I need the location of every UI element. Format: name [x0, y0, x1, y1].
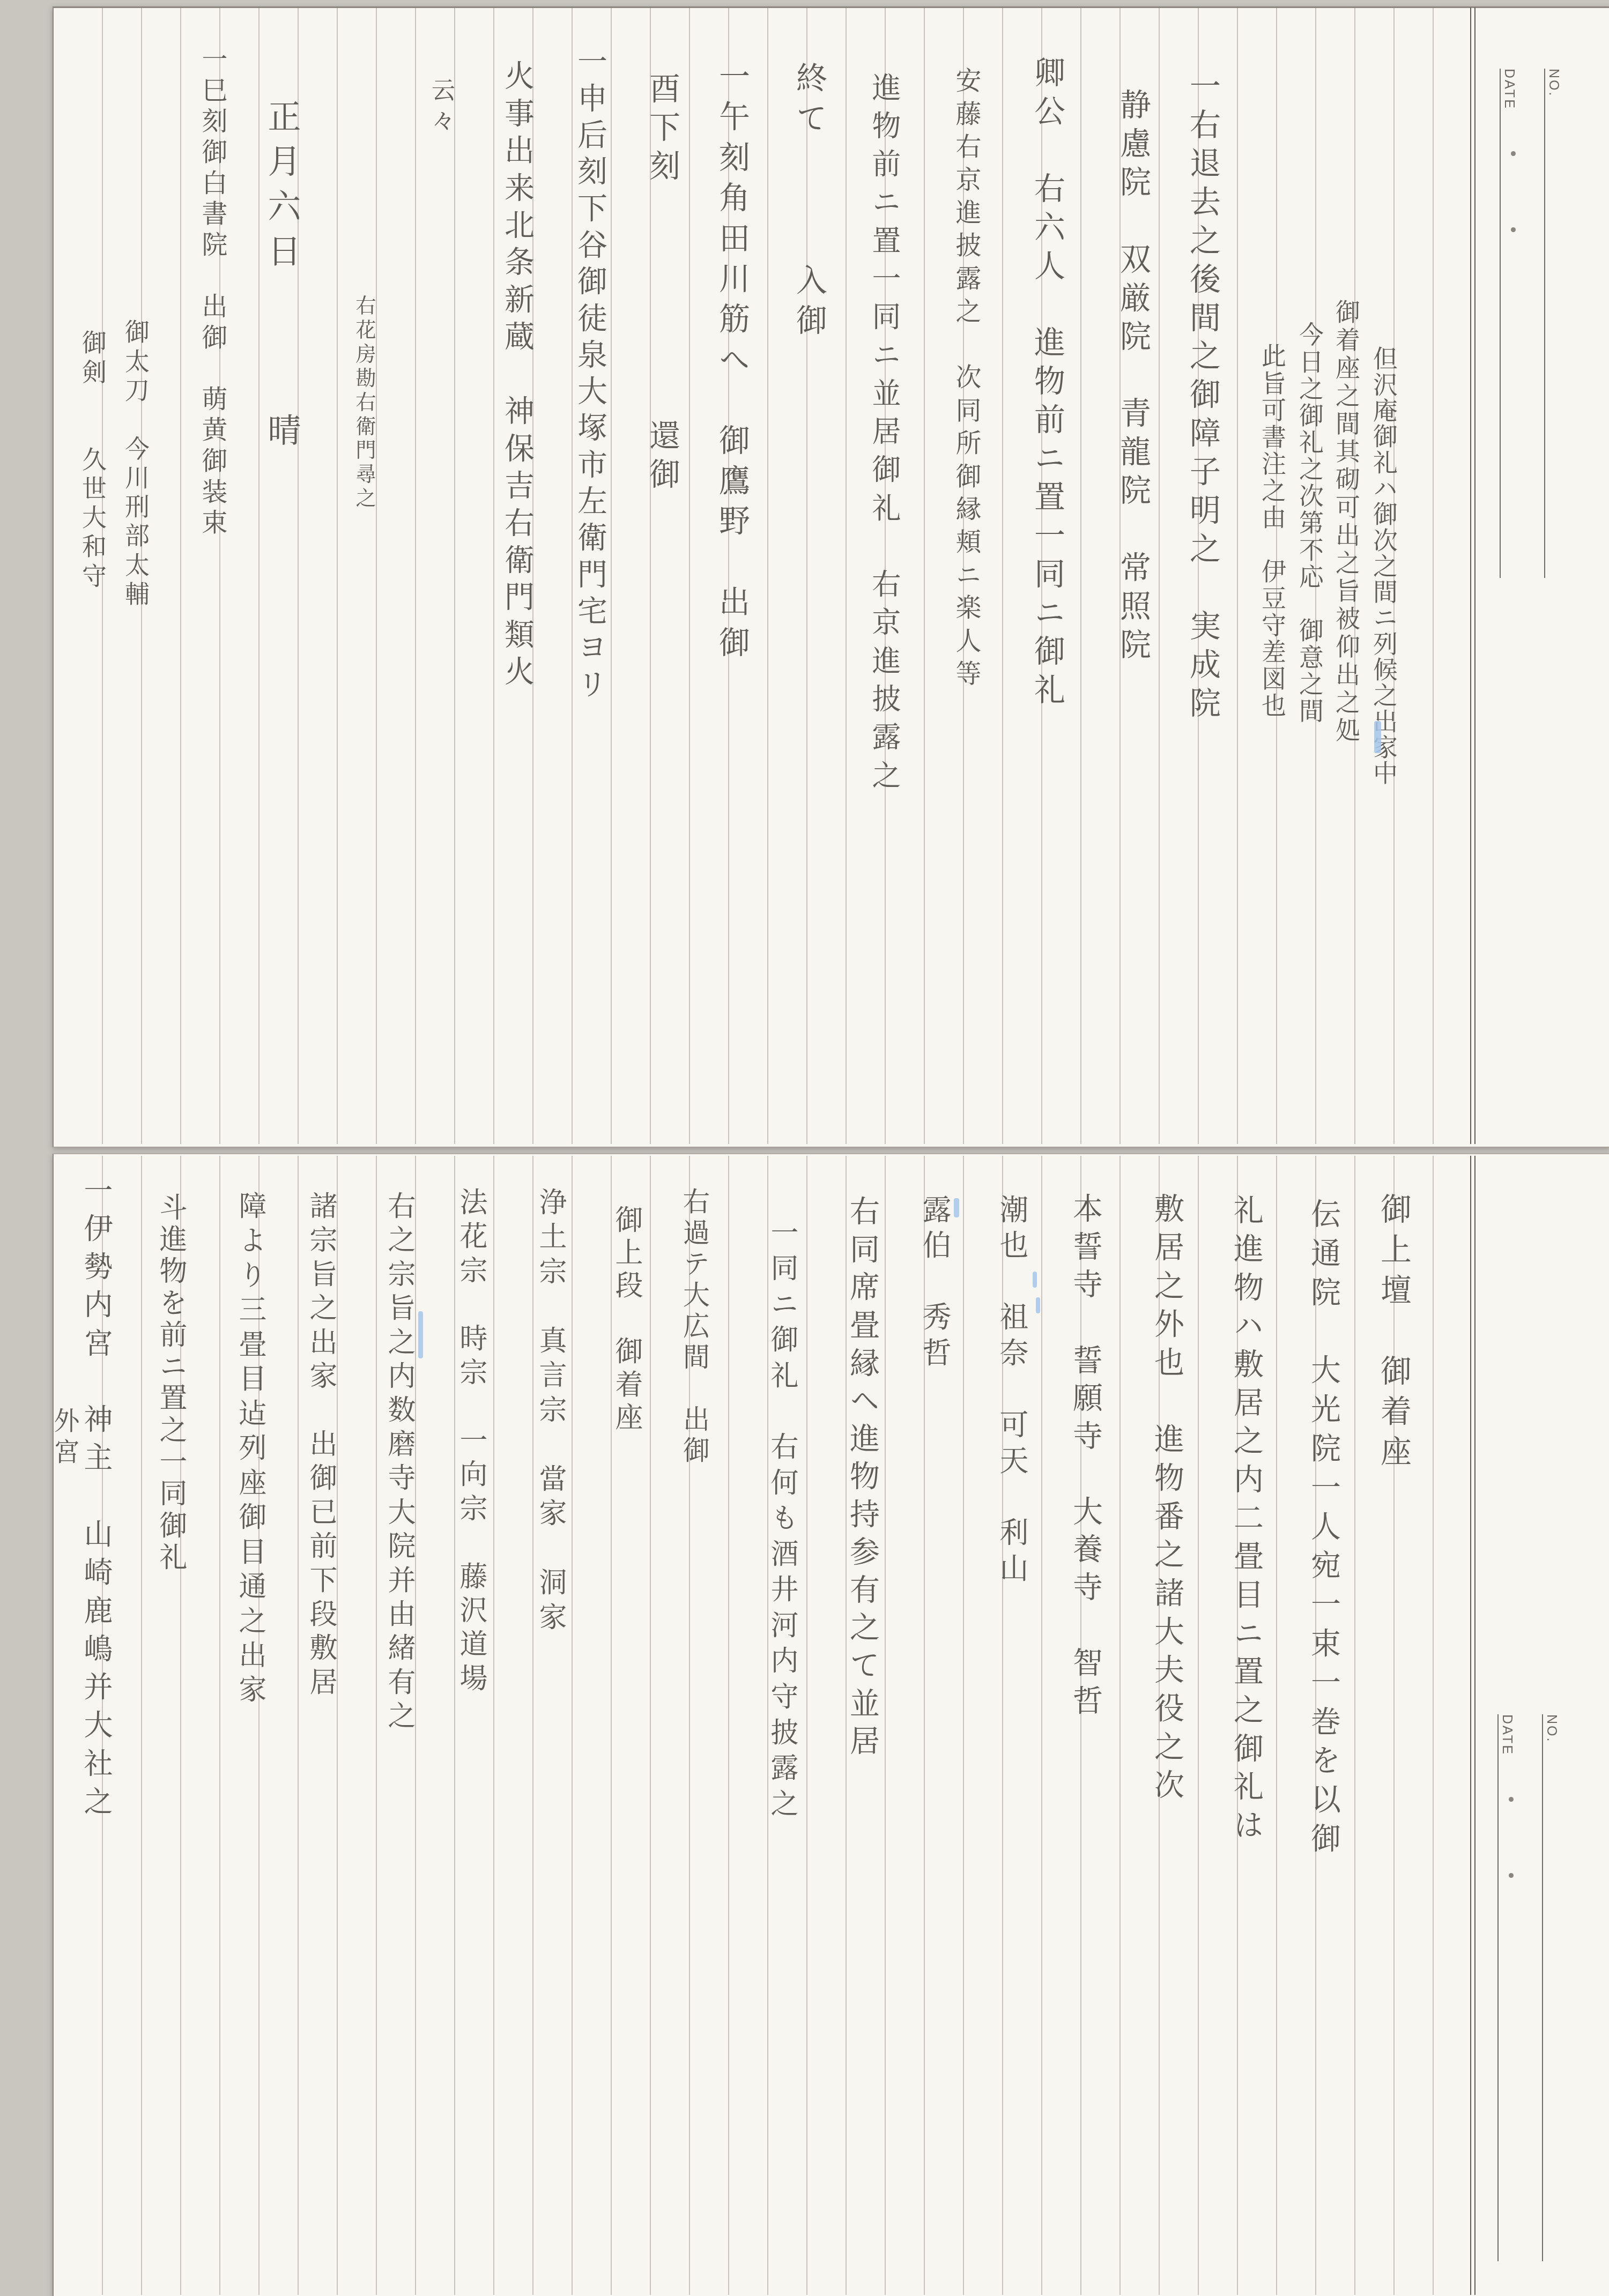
blue-correction-mark — [1033, 1272, 1037, 1288]
handwritten-column: 伝通院 大光院一人宛一束一巻を以御 — [1308, 1198, 1338, 1862]
handwritten-column: 法花宗 時宗 一向宗 藤沢道場 — [457, 1187, 485, 1698]
handwritten-column: 御着座之間其砌可出之旨被仰出之処 — [1334, 299, 1359, 745]
handwritten-column: 右花房勘右衛門尋之 — [354, 295, 374, 511]
handwritten-column: 外宮 — [51, 1407, 77, 1469]
handwritten-column: 此旨可書注之由 伊豆守差図也 — [1260, 343, 1285, 719]
handwritten-column: 今日之御礼之次第不応 御意之間 — [1297, 322, 1322, 725]
date-separator-dot — [1509, 1873, 1514, 1878]
handwritten-column: 一午刻角田川筋へ 御鷹野 出御 — [716, 60, 747, 666]
handwritten-column: 火事出来北条新蔵 神保吉右衛門類火 — [502, 60, 532, 693]
date-separator-dot — [1511, 227, 1516, 232]
margin-double-rule-bottom-page — [1470, 1156, 1475, 2295]
handwritten-column: 礼進物ハ敷居之内二畳目ニ置之御礼は — [1231, 1194, 1261, 1848]
scanned-notebook-document: { "document": { "kind": "handwritten-jap… — [0, 0, 1609, 2296]
handwritten-column: 右同席畳縁ヘ進物持参有之て並居 — [847, 1195, 877, 1763]
handwritten-column: 右之宗旨之内数磨寺大院并由緒有之 — [385, 1191, 413, 1735]
no-label-top-page: NO. — [1546, 69, 1561, 97]
handwritten-column: 一申后刻下谷御徒泉大塚市左衛門宅ヨリ — [575, 46, 605, 705]
handwritten-column: 御剣 久世大和守 — [80, 330, 105, 592]
date-line-top-page — [1500, 69, 1501, 578]
no-line-bottom-page — [1542, 1714, 1543, 2261]
handwritten-column: 浄土宗 真言宗 當家 洞家 — [536, 1187, 564, 1637]
handwritten-column: 安藤右京進披露之 次同所御縁頬ニ楽人等 — [953, 67, 979, 693]
handwritten-column: 卿公 右六人 進物前ニ置一同ニ御礼 — [1032, 56, 1063, 712]
handwritten-column: 進物前ニ置一同ニ並居御礼 右京進披露之 — [870, 72, 899, 798]
handwritten-column: 斗進物を前ニ置之一同御礼 — [157, 1193, 184, 1574]
handwritten-column: 一同ニ御礼 右何も酒井河内守披露之 — [768, 1218, 796, 1825]
handwritten-column: 正月六日 晴 — [265, 99, 298, 458]
date-label-bottom-page: DATE — [1499, 1714, 1515, 1756]
handwritten-column: 潮也 祖奈 可天 利山 — [997, 1194, 1026, 1589]
date-label-top-page: DATE — [1501, 69, 1517, 110]
blue-correction-mark — [1036, 1297, 1040, 1313]
margin-double-rule-top-page — [1470, 8, 1475, 1144]
handwritten-column: 御上段 御着座 — [612, 1205, 640, 1436]
handwritten-column: 酉下刻 還御 — [647, 72, 678, 496]
date-separator-dot — [1509, 1797, 1514, 1802]
handwritten-column: 御太刀 今川刑部太輔 — [123, 319, 148, 610]
handwritten-column: 敷居之外也 進物番之諸大夫役之次 — [1152, 1193, 1182, 1808]
blue-correction-mark — [418, 1311, 423, 1358]
date-separator-dot — [1511, 151, 1516, 156]
no-label-bottom-page: NO. — [1544, 1714, 1559, 1743]
no-line-top-page — [1544, 69, 1545, 578]
handwritten-column: 諸宗旨之出家 出御已前下段敷居 — [307, 1191, 335, 1701]
handwritten-column: 終て 入御 — [794, 62, 825, 345]
handwritten-column: 云々 — [429, 78, 453, 139]
handwritten-column: 静慮院 双厳院 青龍院 常照院 — [1117, 88, 1148, 667]
date-line-bottom-page — [1497, 1714, 1499, 2261]
handwritten-column: 一巳刻御白書院 出御 萌黄御装束 — [199, 46, 225, 540]
handwritten-column: 一伊勢内宮 神主 山崎鹿嶋并大社之 — [81, 1175, 110, 1825]
blue-correction-mark — [1374, 721, 1381, 753]
handwritten-column: 障より三畳目迠列座御目通之出家 — [236, 1191, 264, 1710]
handwritten-column: 但沢庵御礼ハ御次之間ニ列候之出家中 — [1371, 346, 1396, 786]
handwritten-column: 露伯 秀哲 — [920, 1194, 949, 1374]
blue-correction-mark — [954, 1198, 959, 1217]
handwritten-column: 右過テ大広間 出御 — [681, 1187, 708, 1467]
handwritten-column: 本誓寺 誓願寺 大養寺 智哲 — [1070, 1193, 1100, 1722]
handwritten-column: 御上壇 御着座 — [1378, 1193, 1409, 1476]
handwritten-column: 一右退去之後間之御障子明之 実成院 — [1187, 70, 1218, 725]
